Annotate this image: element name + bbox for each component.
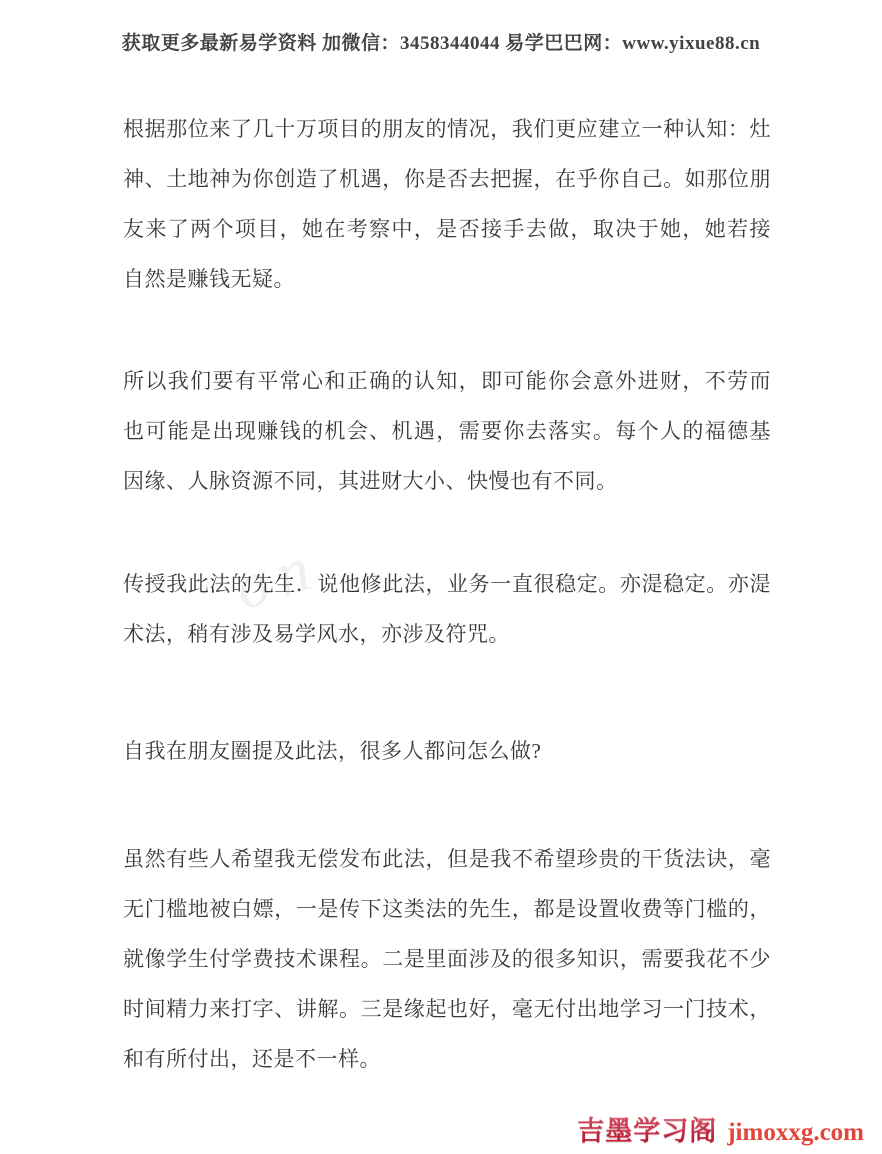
text-line: 术法，稍有涉及易学风水，亦涉及符咒。 [123,609,771,659]
paragraph: 传授我此法的先生．说他修此法，业务一直很稳定。亦湜稳定。亦湜稳术法，稍有涉及易学… [123,559,771,659]
text-line: 传授我此法的先生．说他修此法，业务一直很稳定。亦湜稳定。亦湜稳 [123,559,771,609]
text-line: 时间精力来打字、讲解。三是缘起也好，毫无付出地学习一门技术， [123,984,771,1034]
header-ad-text: 获取更多最新易学资料 加微信：3458344044 易学巴巴网：www.yixu… [0,28,882,55]
text-line: 神、土地神为你创造了机遇，你是否去把握，在乎你自己。如那位朋 [123,154,771,204]
text-line: 根据那位来了几十万项目的朋友的情况，我们更应建立一种认知：灶 [123,104,771,154]
text-line: 无门槛地被白嫖，一是传下这类法的先生，都是设置收费等门槛的， [123,884,771,934]
paragraph: 虽然有些人希望我无偿发布此法，但是我不希望珍贵的干货法诀，毫无门槛地被白嫖，一是… [123,834,771,1084]
paragraph: 自我在朋友圈提及此法，很多人都问怎么做? [123,726,771,776]
footer-brand-logo: 吉墨学习阁 [577,1109,717,1148]
text-line: 和有所付出，还是不一样。 [123,1034,771,1084]
text-line: 友来了两个项目，她在考察中，是否接手去做，取决于她，她若接手， [123,204,771,254]
footer-logo: 吉墨学习阁 jimoxxg.com [577,1109,864,1148]
text-line: 虽然有些人希望我无偿发布此法，但是我不希望珍贵的干货法诀，毫 [123,834,771,884]
document-body: 根据那位来了几十万项目的朋友的情况，我们更应建立一种认知：灶神、土地神为你创造了… [123,104,771,1136]
text-line: 也可能是出现赚钱的机会、机遇，需要你去落实。每个人的福德基础、 [123,406,771,456]
paragraph: 根据那位来了几十万项目的朋友的情况，我们更应建立一种认知：灶神、土地神为你创造了… [123,104,771,304]
text-line: 自我在朋友圈提及此法，很多人都问怎么做? [123,726,771,776]
paragraph: 所以我们要有平常心和正确的认知，即可能你会意外进财，不劳而获，也可能是出现赚钱的… [123,356,771,506]
text-line: 所以我们要有平常心和正确的认知，即可能你会意外进财，不劳而获， [123,356,771,406]
text-line: 因缘、人脉资源不同，其进财大小、快慢也有不同。 [123,456,771,506]
footer-site-url: jimoxxg.com [727,1119,864,1147]
text-line: 自然是赚钱无疑。 [123,254,771,304]
text-line: 就像学生付学费技术课程。二是里面涉及的很多知识，需要我花不少 [123,934,771,984]
